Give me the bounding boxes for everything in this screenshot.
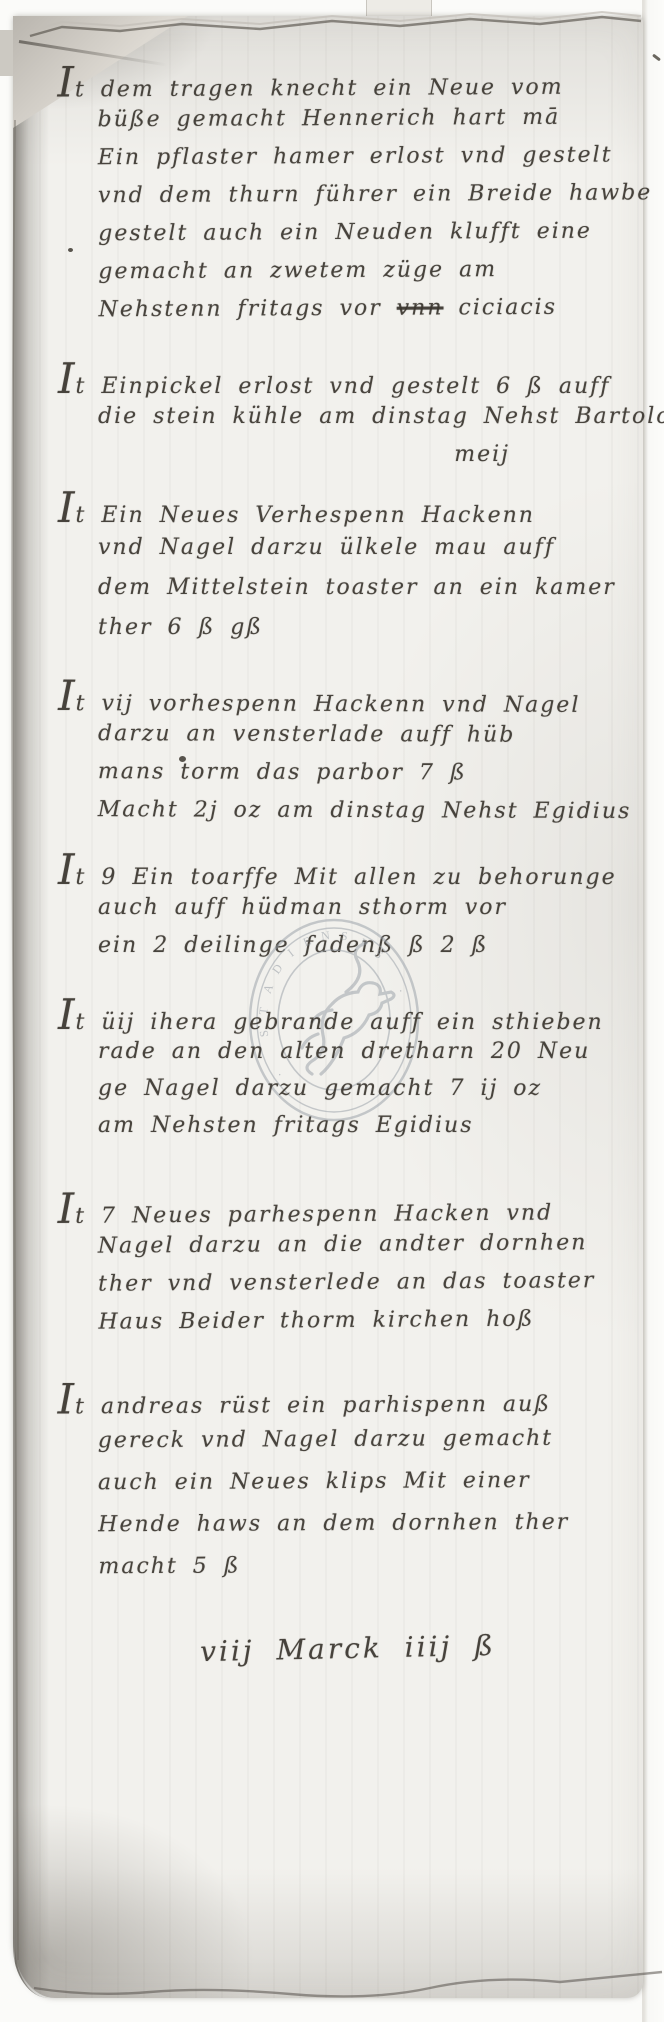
torn-edges: [0, 0, 664, 2022]
background-shadow: [0, 30, 13, 76]
manuscript-scan: It dem tragen knecht ein Neue vom büße g…: [0, 0, 664, 2022]
